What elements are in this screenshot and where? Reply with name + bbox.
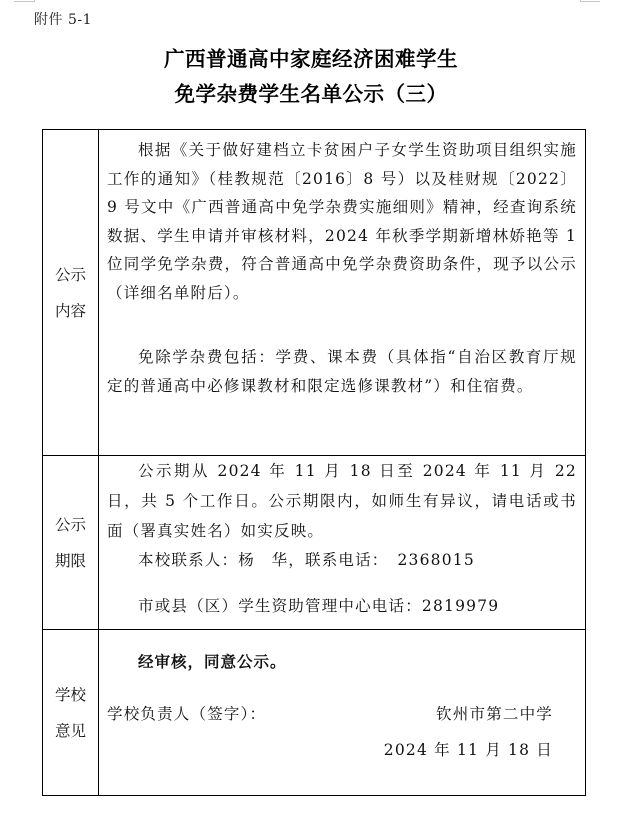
row-label-line-1: 公示 [55,257,86,293]
notice-table: 公示 内容 根据《关于做好建档立卡贫困户子女学生资助项目组织实施工作的通知》（桂… [42,129,586,796]
document-title-line-1: 广西普通高中家庭经济困难学生 [0,42,622,72]
notice-paragraph-exemption-scope: 免除学杂费包括：学费、课本费（具体指“自治区教育厅规定的普通高中必修课教材和限定… [107,343,577,400]
table-row-notice-period: 公示 期限 公示期从 2024 年 11 月 18 日至 2024 年 11 月… [43,456,585,630]
page-corner-mark-top-right-tick [580,0,581,2]
notice-period-cell: 公示期从 2024 年 11 月 18 日至 2024 年 11 月 22 日，… [99,456,585,629]
signer-label: 学校负责人（签字）： [107,702,266,724]
page-corner-mark-top-left-tick [34,0,35,2]
table-row-notice-content: 公示 内容 根据《关于做好建档立卡贫困户子女学生资助项目组织实施工作的通知》（桂… [43,130,585,456]
document-title-line-2: 免学杂费学生名单公示（三） [0,77,622,107]
school-name: 钦州市第二中学 [436,702,553,724]
school-contact-line: 本校联系人：杨 华，联系电话： 2368015 [138,548,475,570]
notice-content-cell: 根据《关于做好建档立卡贫困户子女学生资助项目组织实施工作的通知》（桂教规范〔20… [99,130,585,455]
notice-paragraph-basis: 根据《关于做好建档立卡贫困户子女学生资助项目组织实施工作的通知》（桂教规范〔20… [107,136,577,307]
row-label-line-2: 期限 [55,543,86,579]
row-label-notice-content: 公示 内容 [43,130,99,455]
row-label-line-1: 公示 [55,507,86,543]
row-label-school-opinion: 学校 意见 [43,630,99,796]
page-corner-mark-top-left [14,1,35,2]
aid-center-phone-line: 市或县（区）学生资助管理中心电话：2819979 [138,594,499,616]
page-corner-mark-top-right [580,1,600,2]
row-label-line-1: 学校 [55,677,86,713]
row-label-line-2: 意见 [55,713,86,749]
signature-date: 2024 年 11 月 18 日 [384,738,553,760]
row-label-line-2: 内容 [55,293,86,329]
table-row-school-opinion: 学校 意见 经审核，同意公示。 学校负责人（签字）： 钦州市第二中学 2024 … [43,630,585,796]
row-label-notice-period: 公示 期限 [43,456,99,629]
school-opinion-cell: 经审核，同意公示。 学校负责人（签字）： 钦州市第二中学 2024 年 11 月… [99,630,585,796]
approval-statement: 经审核，同意公示。 [138,650,287,672]
period-paragraph: 公示期从 2024 年 11 月 18 日至 2024 年 11 月 22 日，… [107,456,577,546]
attachment-label: 附件 5-1 [34,9,92,29]
